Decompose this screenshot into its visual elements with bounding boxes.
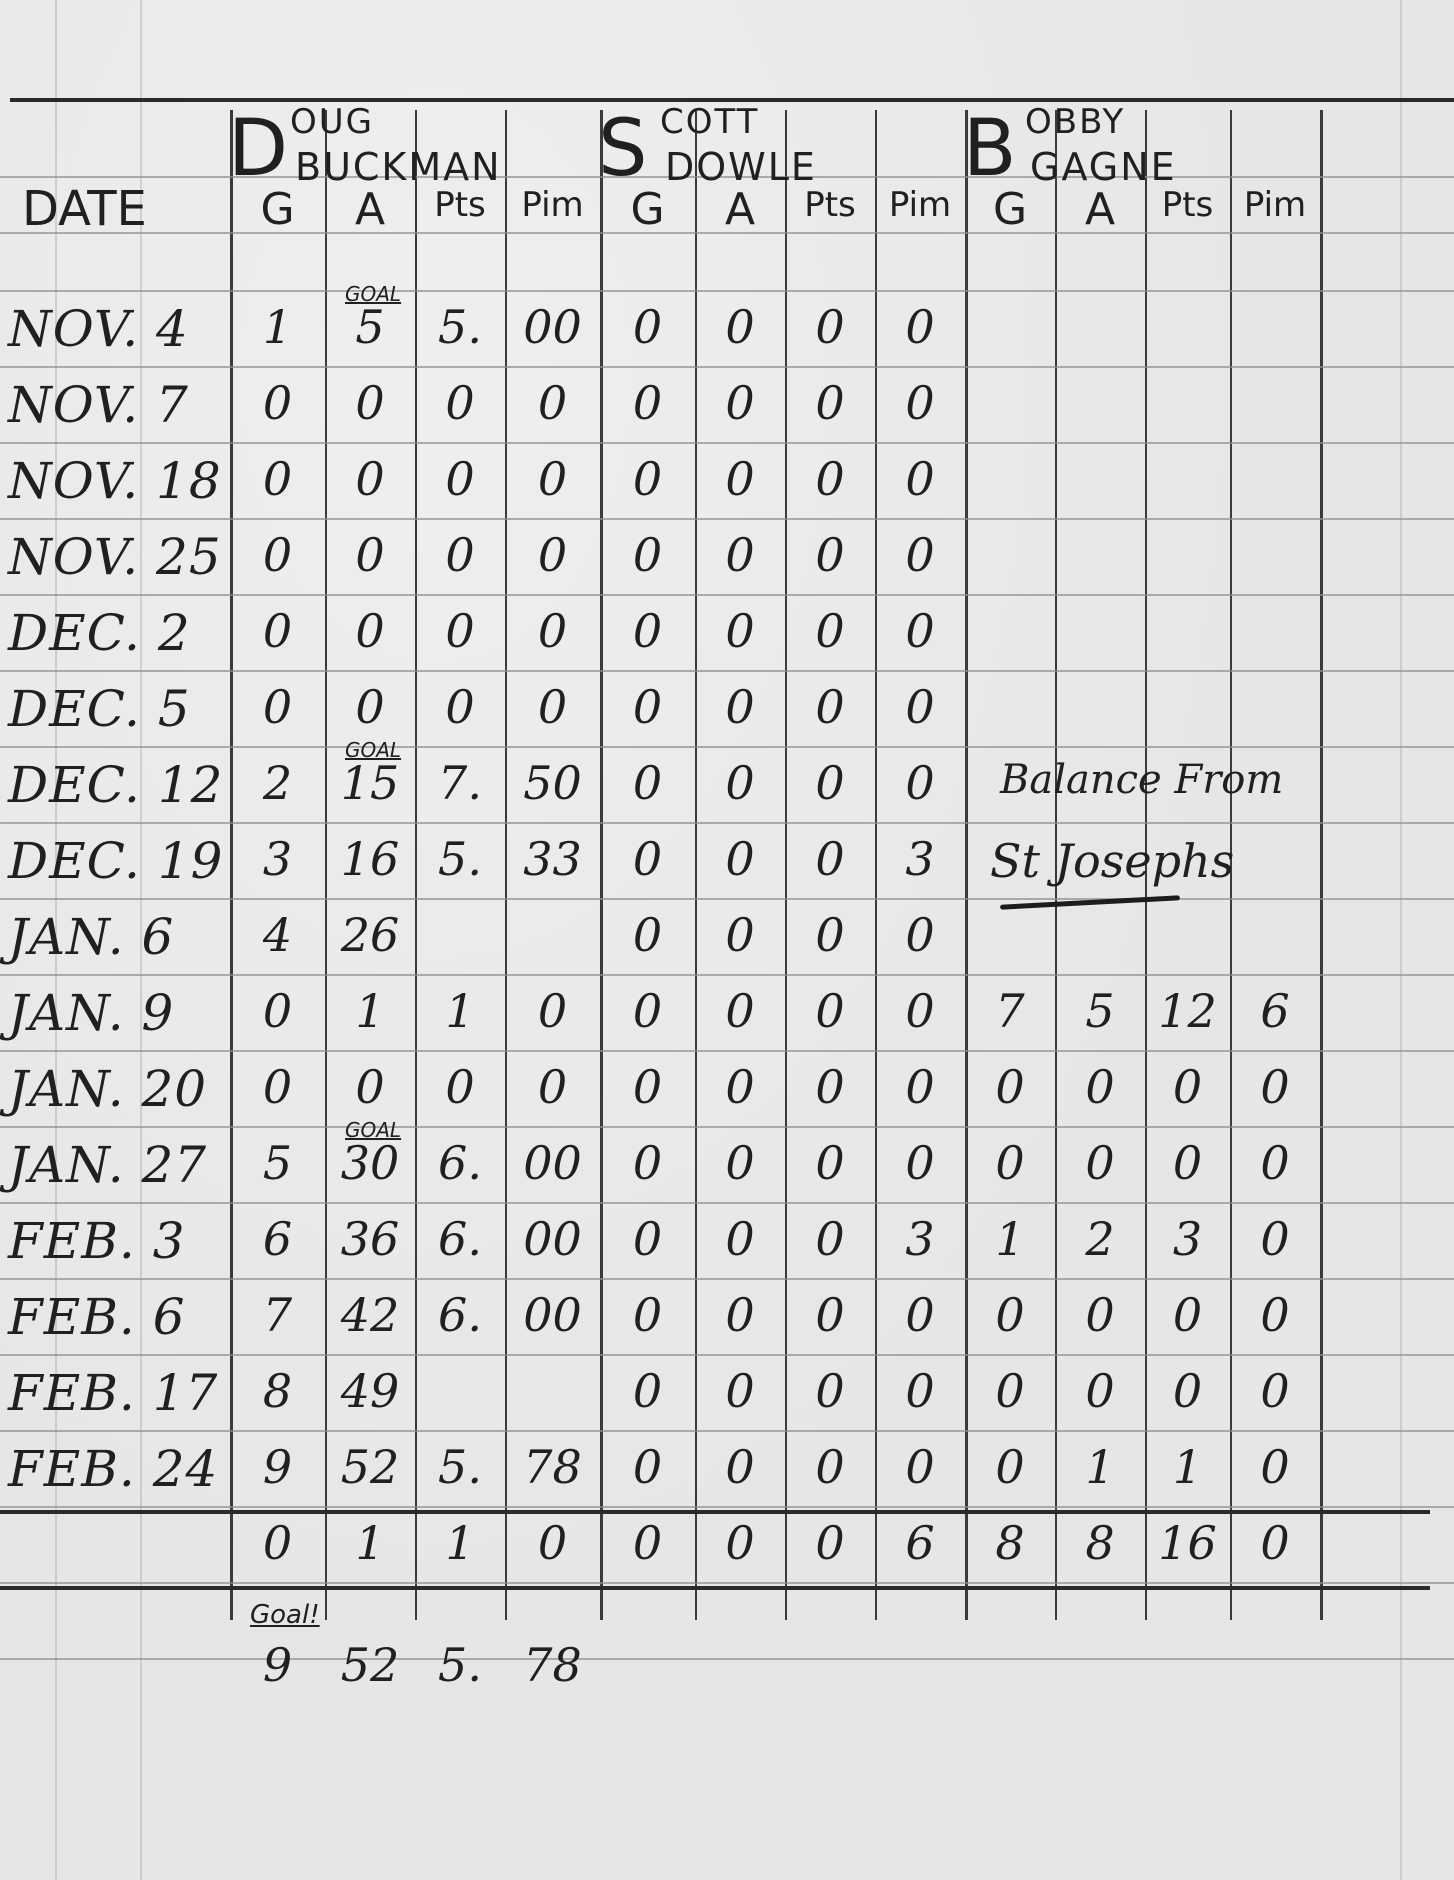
player-initial: B [963, 110, 1017, 188]
gagne-cell: 12 [1145, 988, 1230, 1034]
buckman-cell: 0 [415, 456, 505, 502]
gagne-cell: 0 [1145, 1064, 1230, 1110]
dowle-cell: 0 [785, 1140, 875, 1186]
dowle-cell: 0 [875, 304, 965, 350]
dowle-cell: 0 [695, 532, 785, 578]
dowle-cell: 0 [875, 988, 965, 1034]
date-cell: DEC. 5 [8, 684, 191, 734]
date-cell: DEC. 12 [8, 760, 223, 810]
dowle-cell: 0 [875, 1368, 965, 1414]
row-line [0, 974, 1454, 976]
dowle-cell: 0 [600, 304, 695, 350]
gagne-cell: 0 [965, 1064, 1055, 1110]
gagne-cell: 0 [965, 1444, 1055, 1490]
gagne-cell: 0 [965, 1292, 1055, 1338]
dowle-cell: 0 [785, 380, 875, 426]
dowle-cell: 0 [785, 836, 875, 882]
goal-footer-label: Goal! [250, 1602, 320, 1628]
dowle-cell: 0 [695, 608, 785, 654]
dowle-cell: 0 [600, 988, 695, 1034]
buckman-cell: 49 [325, 1368, 415, 1414]
buckman-cell: 26 [325, 912, 415, 958]
row-line [0, 898, 1454, 900]
row-line [0, 518, 1454, 520]
gagne-total-cell: 0 [1230, 1520, 1320, 1566]
buckman-cell: 6. [415, 1292, 505, 1338]
dowle-cell: 0 [875, 760, 965, 806]
buckman-cell: 0 [415, 532, 505, 578]
dowle-cell: 0 [695, 380, 785, 426]
gagne-cell: 1 [1145, 1444, 1230, 1490]
goal-footer-value: 9 [230, 1642, 325, 1688]
dowle-cell: 0 [875, 912, 965, 958]
buckman-total-cell: 0 [505, 1520, 600, 1566]
gagne-cell: 0 [1230, 1216, 1320, 1262]
gagne-cell: 0 [1145, 1140, 1230, 1186]
dowle-cell: 0 [785, 1064, 875, 1110]
buckman-total-cell: 1 [415, 1520, 505, 1566]
date-cell: FEB. 24 [8, 1444, 218, 1494]
buckman-cell: 0 [230, 456, 325, 502]
dowle-cell: 0 [785, 456, 875, 502]
stat-header-pts: Pts [785, 188, 875, 222]
gagne-total-cell: 8 [1055, 1520, 1145, 1566]
dowle-cell: 0 [785, 760, 875, 806]
dowle-cell: 0 [695, 1444, 785, 1490]
buckman-cell: 0 [415, 684, 505, 730]
row-line [0, 1278, 1454, 1280]
dowle-cell: 3 [875, 836, 965, 882]
stat-header-pim: Pim [875, 188, 965, 222]
buckman-total-cell: 0 [230, 1520, 325, 1566]
gagne-cell: 0 [1055, 1368, 1145, 1414]
buckman-cell: 6 [230, 1216, 325, 1262]
grid-line [1400, 0, 1402, 1880]
buckman-cell: 5. [415, 1444, 505, 1490]
dowle-cell: 0 [600, 912, 695, 958]
buckman-cell: 2 [230, 760, 325, 806]
goal-note: GOAL [345, 740, 401, 760]
gagne-cell: 6 [1230, 988, 1320, 1034]
gagne-cell: 0 [1055, 1292, 1145, 1338]
row-line [0, 1430, 1454, 1432]
balance-source: St Josephs [990, 838, 1234, 884]
row-line [0, 1050, 1454, 1052]
buckman-cell: 42 [325, 1292, 415, 1338]
buckman-cell: 5. [415, 836, 505, 882]
row-line [0, 670, 1454, 672]
player-last-name: GAGNE [1030, 148, 1177, 186]
buckman-cell: 0 [230, 380, 325, 426]
buckman-cell: 4 [230, 912, 325, 958]
stat-header-g: G [965, 188, 1055, 232]
date-cell: DEC. 19 [8, 836, 223, 886]
buckman-cell: 0 [325, 532, 415, 578]
date-cell: JAN. 6 [8, 912, 174, 962]
dowle-cell: 0 [695, 456, 785, 502]
dowle-cell: 0 [785, 988, 875, 1034]
buckman-cell: 16 [325, 836, 415, 882]
stat-header-g: G [230, 188, 325, 232]
stat-header-a: A [1055, 188, 1145, 232]
dowle-cell: 0 [785, 1444, 875, 1490]
dowle-cell: 0 [600, 760, 695, 806]
dowle-cell: 0 [600, 380, 695, 426]
dowle-cell: 0 [785, 912, 875, 958]
dowle-cell: 0 [785, 304, 875, 350]
player-initial: D [228, 110, 288, 188]
buckman-cell: 0 [230, 532, 325, 578]
dowle-cell: 0 [695, 1292, 785, 1338]
buckman-cell: 0 [415, 380, 505, 426]
row-line [0, 366, 1454, 368]
player-last-name: DOWLE [665, 148, 817, 186]
buckman-cell: 30 [325, 1140, 415, 1186]
gagne-cell: 0 [1055, 1140, 1145, 1186]
row-line [0, 1126, 1454, 1128]
dowle-cell: 0 [600, 532, 695, 578]
date-cell: FEB. 6 [8, 1292, 186, 1342]
dowle-cell: 0 [600, 1444, 695, 1490]
dowle-cell: 0 [785, 1216, 875, 1262]
date-cell: NOV. 25 [8, 532, 222, 582]
stat-header-pim: Pim [505, 188, 600, 222]
gagne-cell: 1 [1055, 1444, 1145, 1490]
gagne-cell: 0 [1145, 1292, 1230, 1338]
dowle-cell: 0 [695, 912, 785, 958]
dowle-cell: 0 [875, 1292, 965, 1338]
dowle-cell: 0 [695, 1368, 785, 1414]
dowle-cell: 0 [695, 988, 785, 1034]
buckman-cell: 1 [230, 304, 325, 350]
date-cell: NOV. 4 [8, 304, 189, 354]
row-line [0, 1202, 1454, 1204]
dowle-cell: 0 [875, 456, 965, 502]
stat-header-a: A [695, 188, 785, 232]
dowle-cell: 0 [875, 1140, 965, 1186]
dowle-cell: 0 [600, 1216, 695, 1262]
row-line [0, 1354, 1454, 1356]
dowle-cell: 0 [600, 1140, 695, 1186]
dowle-cell: 0 [695, 1140, 785, 1186]
buckman-cell: 00 [505, 1140, 600, 1186]
date-cell: JAN. 9 [8, 988, 174, 1038]
row-line [0, 594, 1454, 596]
buckman-cell: 00 [505, 304, 600, 350]
dowle-cell: 0 [695, 1064, 785, 1110]
dowle-cell: 0 [875, 1064, 965, 1110]
buckman-cell: 0 [505, 608, 600, 654]
gagne-cell: 0 [1230, 1064, 1320, 1110]
buckman-cell: 1 [325, 988, 415, 1034]
row-line [0, 1582, 1454, 1584]
buckman-cell: 1 [415, 988, 505, 1034]
buckman-cell: 0 [505, 456, 600, 502]
buckman-cell: 0 [505, 1064, 600, 1110]
player-initial: S [598, 110, 648, 188]
gagne-cell: 0 [1055, 1064, 1145, 1110]
buckman-cell: 52 [325, 1444, 415, 1490]
buckman-cell: 0 [505, 684, 600, 730]
player-first-name: OBBY [1025, 105, 1125, 139]
buckman-cell: 6. [415, 1216, 505, 1262]
buckman-cell: 00 [505, 1216, 600, 1262]
stat-header-pts: Pts [1145, 188, 1230, 222]
buckman-cell: 33 [505, 836, 600, 882]
buckman-cell: 0 [505, 532, 600, 578]
totals-bottom-rule [0, 1586, 1430, 1590]
buckman-cell: 0 [505, 380, 600, 426]
balance-note: Balance From [1000, 760, 1283, 800]
buckman-cell: 5. [415, 304, 505, 350]
buckman-cell: 0 [325, 684, 415, 730]
buckman-cell: 0 [325, 1064, 415, 1110]
dowle-cell: 0 [600, 836, 695, 882]
dowle-cell: 0 [785, 532, 875, 578]
row-line [0, 442, 1454, 444]
date-cell: NOV. 7 [8, 380, 189, 430]
date-cell: NOV. 18 [8, 456, 222, 506]
gagne-cell: 3 [1145, 1216, 1230, 1262]
date-header: DATE [22, 185, 147, 233]
dowle-cell: 0 [785, 1368, 875, 1414]
dowle-cell: 0 [785, 684, 875, 730]
dowle-total-cell: 6 [875, 1520, 965, 1566]
date-cell: JAN. 20 [8, 1064, 207, 1114]
dowle-cell: 0 [695, 304, 785, 350]
goal-note: GOAL [345, 284, 401, 304]
gagne-cell: 5 [1055, 988, 1145, 1034]
buckman-cell: 0 [415, 1064, 505, 1110]
buckman-cell: 9 [230, 1444, 325, 1490]
column-divider [1320, 110, 1323, 1620]
row-line [0, 290, 1454, 292]
dowle-cell: 0 [695, 684, 785, 730]
gagne-cell: 0 [1230, 1444, 1320, 1490]
gagne-cell: 2 [1055, 1216, 1145, 1262]
stat-header-a: A [325, 188, 415, 232]
dowle-cell: 0 [600, 608, 695, 654]
buckman-cell: 0 [230, 684, 325, 730]
dowle-cell: 0 [875, 532, 965, 578]
buckman-cell: 0 [505, 988, 600, 1034]
dowle-total-cell: 0 [600, 1520, 695, 1566]
buckman-cell: 0 [230, 608, 325, 654]
row-line [0, 822, 1454, 824]
ledger-sheet: DOUGBUCKMANSCOTTDOWLEBOBBYGAGNEDATEGAPts… [0, 0, 1454, 1880]
goal-note: GOAL [345, 1120, 401, 1140]
goal-footer-value: 52 [325, 1642, 415, 1688]
totals-rule [0, 1510, 1430, 1514]
buckman-cell: 5 [230, 1140, 325, 1186]
buckman-cell: 78 [505, 1444, 600, 1490]
dowle-cell: 0 [695, 836, 785, 882]
gagne-cell: 0 [1230, 1292, 1320, 1338]
player-last-name: BUCKMAN [295, 148, 502, 186]
dowle-cell: 0 [875, 608, 965, 654]
buckman-cell: 50 [505, 760, 600, 806]
buckman-cell: 00 [505, 1292, 600, 1338]
gagne-cell: 0 [1145, 1368, 1230, 1414]
buckman-cell: 0 [325, 608, 415, 654]
dowle-cell: 0 [600, 684, 695, 730]
buckman-cell: 7. [415, 760, 505, 806]
player-first-name: OUG [290, 105, 374, 139]
dowle-cell: 3 [875, 1216, 965, 1262]
gagne-cell: 7 [965, 988, 1055, 1034]
goal-footer-value: 78 [505, 1642, 600, 1688]
buckman-cell: 0 [325, 456, 415, 502]
dowle-cell: 0 [695, 1216, 785, 1262]
buckman-cell: 8 [230, 1368, 325, 1414]
gagne-total-cell: 8 [965, 1520, 1055, 1566]
stat-header-pim: Pim [1230, 188, 1320, 222]
gagne-cell: 0 [1230, 1368, 1320, 1414]
dowle-cell: 0 [875, 1444, 965, 1490]
buckman-cell: 15 [325, 760, 415, 806]
buckman-cell: 6. [415, 1140, 505, 1186]
buckman-cell: 36 [325, 1216, 415, 1262]
dowle-cell: 0 [785, 1292, 875, 1338]
dowle-cell: 0 [600, 1292, 695, 1338]
dowle-cell: 0 [875, 684, 965, 730]
stat-header-pts: Pts [415, 188, 505, 222]
buckman-cell: 0 [230, 988, 325, 1034]
row-line [0, 746, 1454, 748]
buckman-cell: 0 [415, 608, 505, 654]
player-first-name: COTT [660, 105, 759, 139]
gagne-cell: 0 [965, 1368, 1055, 1414]
buckman-cell: 7 [230, 1292, 325, 1338]
dowle-cell: 0 [600, 1368, 695, 1414]
goal-footer-value: 5. [415, 1642, 505, 1688]
gagne-cell: 1 [965, 1216, 1055, 1262]
date-cell: FEB. 17 [8, 1368, 218, 1418]
dowle-cell: 0 [785, 608, 875, 654]
buckman-cell: 0 [230, 1064, 325, 1110]
stat-header-g: G [600, 188, 695, 232]
date-cell: DEC. 2 [8, 608, 191, 658]
buckman-total-cell: 1 [325, 1520, 415, 1566]
row-line [0, 1506, 1454, 1508]
date-cell: FEB. 3 [8, 1216, 186, 1266]
row-line [0, 1658, 1454, 1660]
dowle-cell: 0 [695, 760, 785, 806]
gagne-cell: 0 [1230, 1140, 1320, 1186]
date-cell: JAN. 27 [8, 1140, 207, 1190]
dowle-total-cell: 0 [785, 1520, 875, 1566]
buckman-cell: 0 [325, 380, 415, 426]
buckman-cell: 5 [325, 304, 415, 350]
dowle-cell: 0 [600, 1064, 695, 1110]
dowle-cell: 0 [600, 456, 695, 502]
gagne-cell: 0 [965, 1140, 1055, 1186]
buckman-cell: 3 [230, 836, 325, 882]
gagne-total-cell: 16 [1145, 1520, 1230, 1566]
dowle-cell: 0 [875, 380, 965, 426]
dowle-total-cell: 0 [695, 1520, 785, 1566]
